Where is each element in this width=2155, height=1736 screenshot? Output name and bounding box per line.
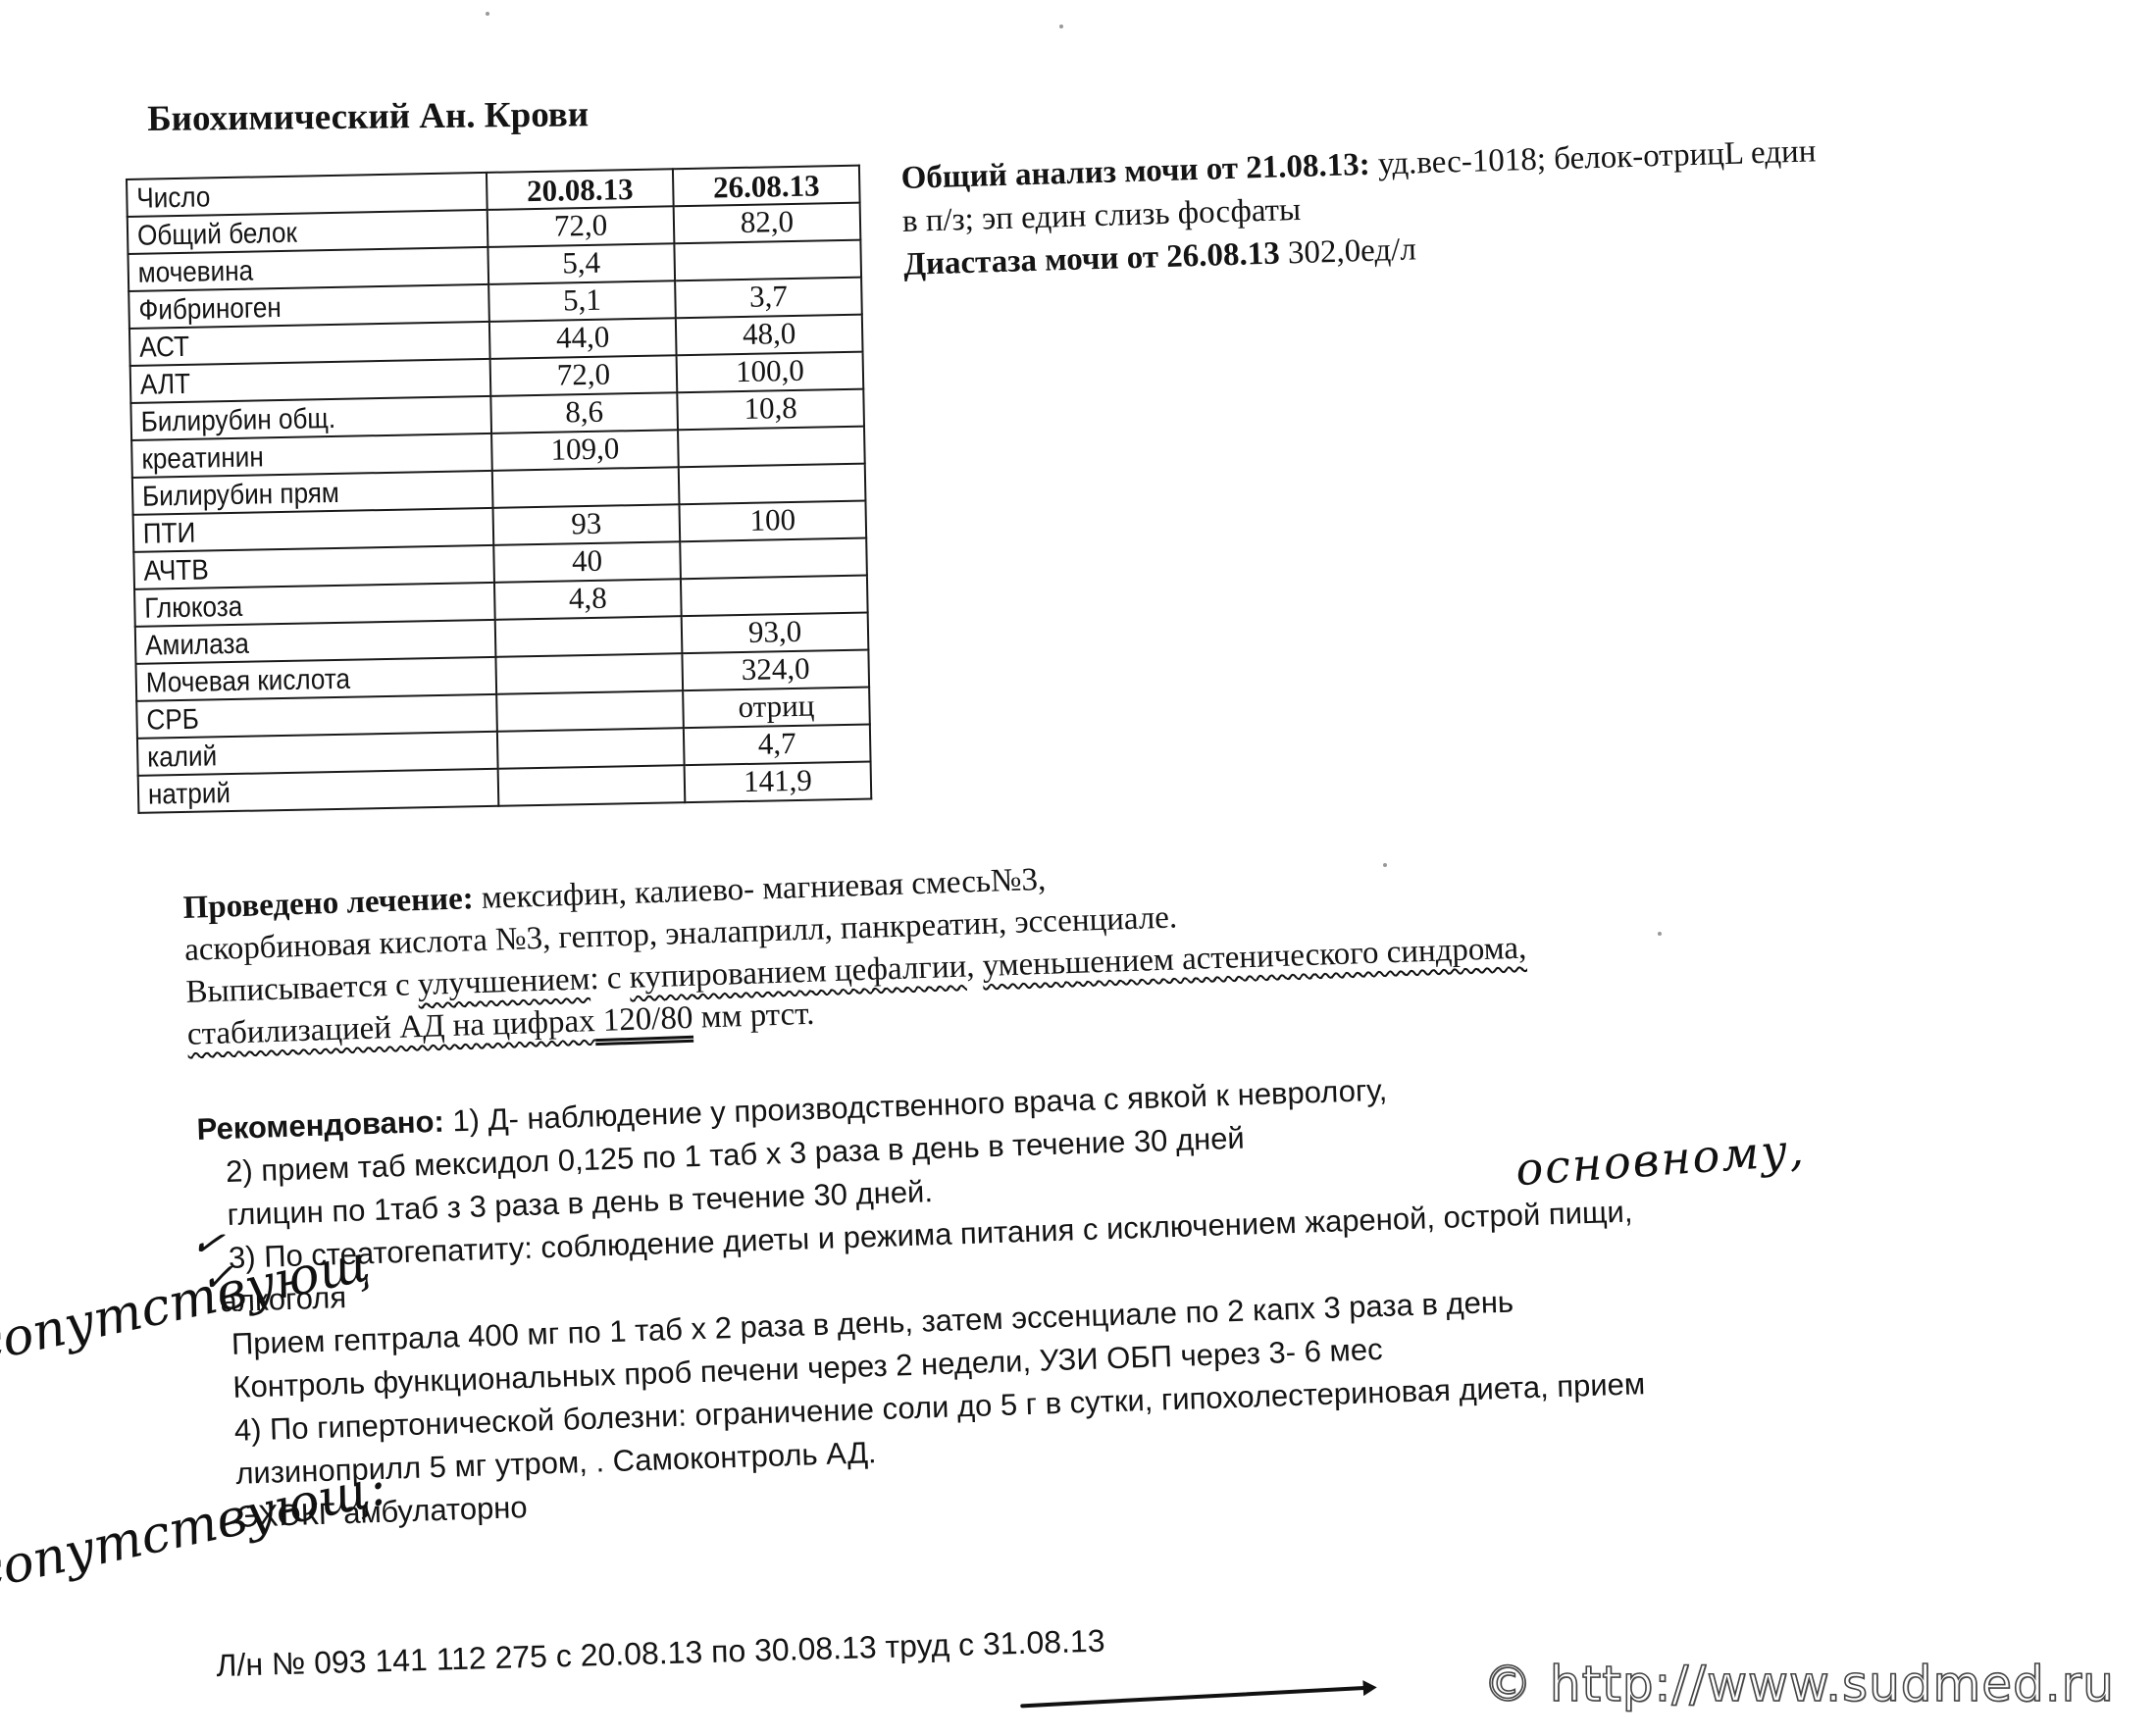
treatment-label: Проведено лечение: — [182, 881, 474, 926]
handwritten-check-icon: ✓ — [201, 1255, 234, 1301]
page-title: Биохимический Ан. Крови — [147, 93, 589, 140]
value-date-2: 100,0 — [677, 352, 864, 393]
value-date-2: 3,7 — [675, 278, 862, 319]
value-date-1: 8,6 — [490, 392, 678, 434]
parameter-name: АСТ — [129, 323, 454, 366]
parameter-name: натрий — [138, 770, 463, 813]
column-header-date-2: 26.08.13 — [673, 166, 860, 207]
value-date-2: 10,8 — [677, 389, 864, 431]
value-date-1: 93 — [493, 504, 681, 545]
value-date-1 — [496, 690, 684, 732]
parameter-name: мочевина — [128, 248, 452, 291]
value-date-1: 44,0 — [489, 318, 677, 359]
parameter-name: Билирубин прям — [132, 472, 457, 515]
value-date-2: 141,9 — [685, 762, 872, 803]
parameter-name: калий — [137, 733, 462, 776]
value-date-1: 5,4 — [487, 243, 675, 284]
value-date-1: 72,0 — [490, 355, 678, 396]
parameter-name: ПТИ — [133, 509, 458, 552]
value-date-2: 82,0 — [674, 203, 861, 244]
column-header-parameter: Число — [127, 174, 451, 217]
value-date-2: 93,0 — [682, 613, 869, 654]
value-date-1: 72,0 — [487, 206, 675, 247]
sick-leave-line: Л/н № 093 141 112 275 с 20.08.13 по 30.0… — [216, 1623, 1105, 1684]
parameter-name: Глюкоза — [134, 584, 459, 627]
scan-speck — [1658, 932, 1662, 936]
parameter-name: Мочевая кислота — [136, 658, 461, 701]
parameter-name: СРБ — [136, 695, 461, 739]
value-date-1: 5,1 — [488, 281, 676, 322]
value-date-2: 48,0 — [676, 315, 863, 356]
urine-diastase-value: 302,0ед/л — [1279, 231, 1416, 271]
recommendations-label: Рекомендовано: — [196, 1104, 444, 1147]
value-date-1: 40 — [493, 541, 681, 583]
recommendations-block: Рекомендовано: 1) Д- наблюдение у произв… — [196, 1060, 1649, 1539]
handwritten-arrow-icon — [1020, 1686, 1373, 1709]
discharge-text: : с — [590, 960, 630, 996]
value-date-1 — [495, 616, 683, 657]
value-date-1: 109,0 — [491, 430, 679, 471]
value-date-2: 4,7 — [684, 725, 871, 766]
blood-biochemistry-table: Число 20.08.13 26.08.13 Общий белок72,08… — [126, 165, 872, 814]
parameter-name: Фибриноген — [128, 285, 453, 329]
scan-speck — [1059, 25, 1063, 28]
value-date-2 — [674, 240, 861, 281]
parameter-name: АЧТВ — [133, 546, 458, 589]
value-date-1 — [495, 653, 683, 694]
treatment-block: Проведено лечение: мексифин, калиево- ма… — [182, 843, 1528, 1056]
value-date-2: отриц — [683, 688, 870, 729]
parameter-name: Билирубин общ. — [130, 397, 455, 440]
parameter-name: Общий белок — [128, 211, 452, 254]
value-date-2 — [681, 576, 868, 617]
parameter-name: АЛТ — [130, 360, 455, 403]
value-date-2: 324,0 — [682, 650, 869, 691]
discharge-text: Выписывается с — [185, 967, 419, 1010]
value-date-1: 4,8 — [494, 579, 682, 620]
bp-units: мм ртст. — [693, 996, 815, 1036]
value-date-2 — [679, 464, 866, 505]
column-header-date-1: 20.08.13 — [487, 169, 674, 210]
scan-speck — [486, 12, 489, 16]
value-date-2 — [680, 538, 867, 580]
value-date-1 — [497, 728, 685, 769]
urine-diastase-label: Диастаза мочи от 26.08.13 — [903, 236, 1280, 282]
underlined-cephalgia: купированием цефалгии — [629, 949, 967, 996]
underlined-bp-value: 120/80 — [594, 1000, 693, 1039]
watermark: © http://www.sudmed.ru — [1483, 1656, 2115, 1712]
urine-analysis-block: Общий анализ мочи от 21.08.13: уд.вес-10… — [900, 129, 1820, 286]
value-date-2 — [678, 427, 865, 468]
parameter-name: Амилаза — [135, 621, 460, 664]
underlined-improvement: улучшением — [417, 961, 590, 1002]
value-date-1 — [492, 467, 680, 508]
value-date-1 — [498, 765, 686, 806]
parameter-name: креатинин — [131, 434, 456, 478]
discharge-text: , — [966, 948, 984, 985]
value-date-2: 100 — [679, 501, 866, 542]
